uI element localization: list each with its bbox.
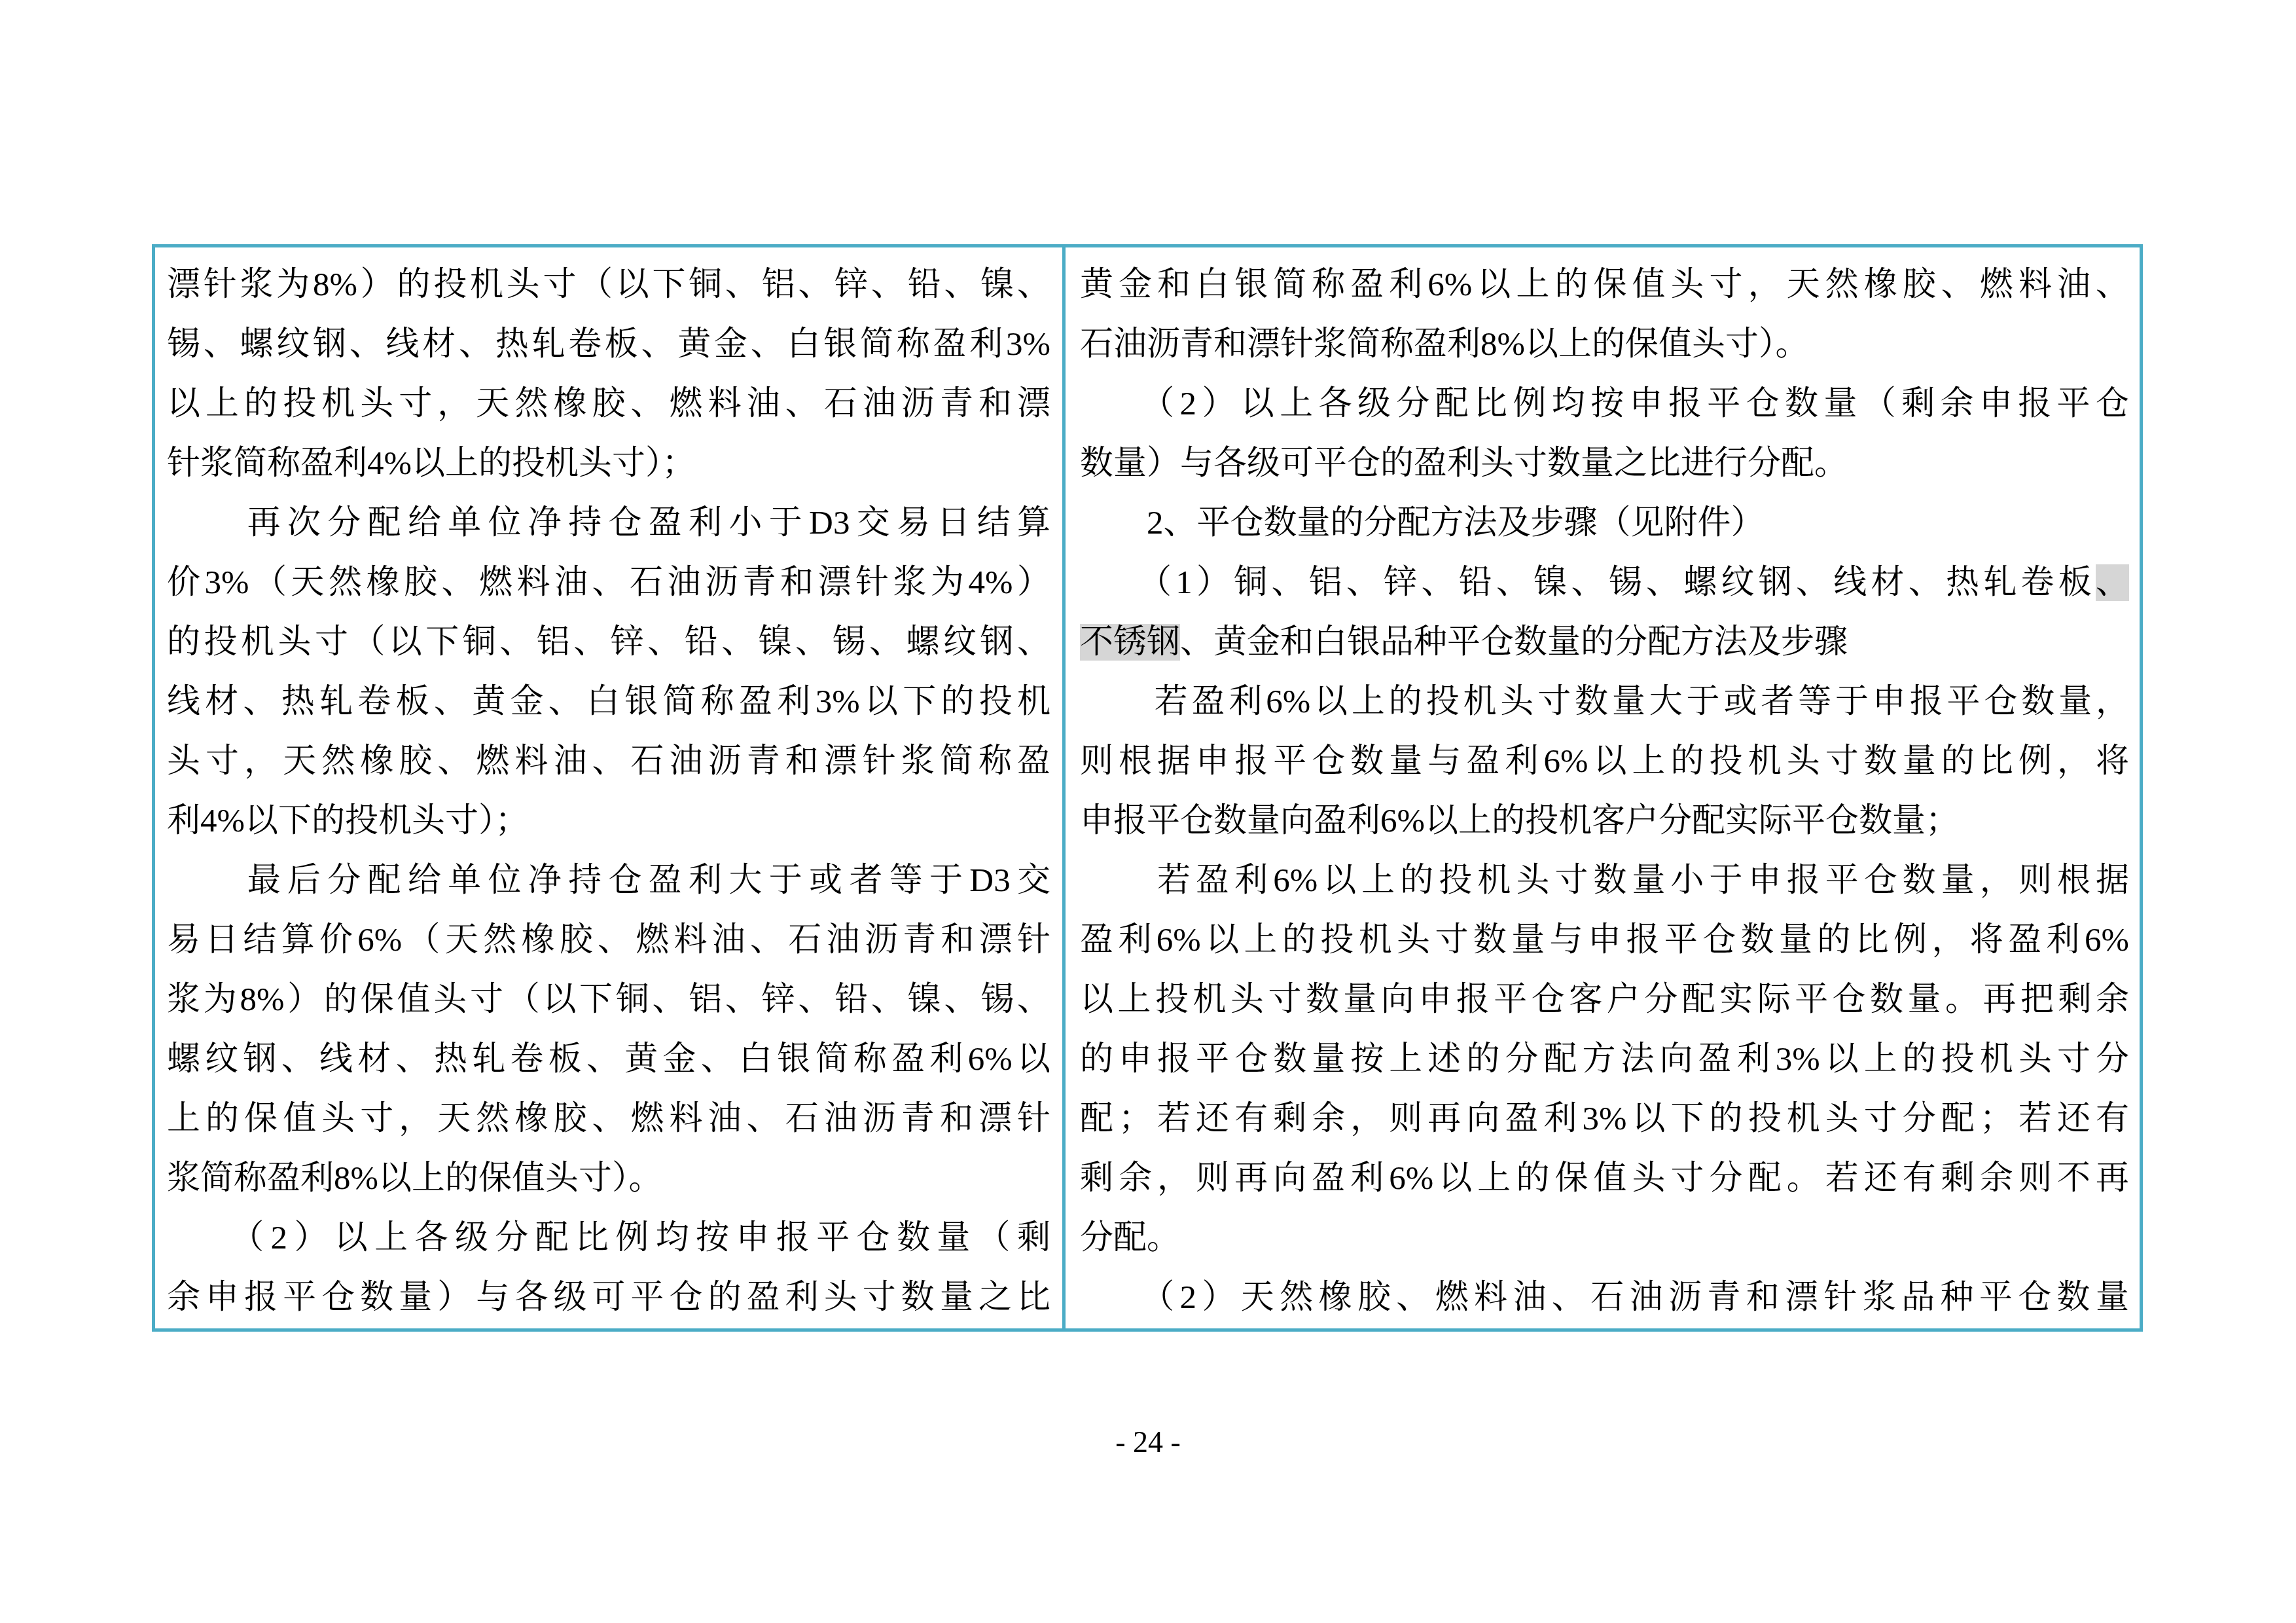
highlighted-text: 、	[2096, 564, 2129, 601]
text-line: 利4%以下的投机头寸）；	[167, 792, 1050, 851]
text-line: 配；若还有剩余，则再向盈利3%以下的投机头寸分配；若还有	[1080, 1089, 2129, 1149]
page-number: - 24 -	[0, 1425, 2296, 1459]
text-line: 价3%（天然橡胶、燃料油、石油沥青和漂针浆为4%）	[167, 553, 1050, 613]
text-line: 数量）与各级可平仓的盈利头寸数量之比进行分配。	[1080, 434, 2129, 494]
document-page: 漂针浆为8%）的投机头寸（以下铜、铝、锌、铅、镍、 锡、螺纹钢、线材、热轧卷板、…	[0, 0, 2296, 1623]
text-line: （2）以上各级分配比例均按申报平仓数量（剩余申报平仓	[1080, 374, 2129, 434]
text-line: 剩余，则再向盈利6%以上的保值头寸分配。若还有剩余则不再	[1080, 1149, 2129, 1209]
text-line: 不锈钢、黄金和白银品种平仓数量的分配方法及步骤	[1080, 613, 2129, 672]
text-line: 浆简称盈利8%以上的保值头寸）。	[167, 1149, 1050, 1209]
text-line: 申报平仓数量向盈利6%以上的投机客户分配实际平仓数量；	[1080, 792, 2129, 851]
text-line: 盈利6%以上的投机头寸数量与申报平仓数量的比例，将盈利6%	[1080, 911, 2129, 970]
text-line: 上的保值头寸，天然橡胶、燃料油、石油沥青和漂针	[167, 1089, 1050, 1149]
bordered-text-table: 漂针浆为8%）的投机头寸（以下铜、铝、锌、铅、镍、 锡、螺纹钢、线材、热轧卷板、…	[152, 244, 2143, 1332]
text-line: 2、平仓数量的分配方法及步骤（见附件）	[1080, 494, 2129, 553]
text-line: （1）铜、铝、锌、铅、镍、锡、螺纹钢、线材、热轧卷板、	[1080, 553, 2129, 613]
text-segment: 、黄金和白银品种平仓数量的分配方法及步骤	[1180, 624, 1848, 661]
text-line: （2）以上各级分配比例均按申报平仓数量（剩	[167, 1209, 1050, 1268]
text-line: 线材、热轧卷板、黄金、白银简称盈利3%以下的投机	[167, 672, 1050, 732]
text-line: 再次分配给单位净持仓盈利小于D3交易日结算	[167, 494, 1050, 553]
text-line: 的申报平仓数量按上述的分配方法向盈利3%以上的投机头寸分	[1080, 1030, 2129, 1089]
text-line: 黄金和白银简称盈利6%以上的保值头寸，天然橡胶、燃料油、	[1080, 255, 2129, 315]
text-line: 螺纹钢、线材、热轧卷板、黄金、白银简称盈利6%以	[167, 1030, 1050, 1089]
text-line: 浆为8%）的保值头寸（以下铜、铝、锌、铅、镍、锡、	[167, 970, 1050, 1030]
text-line: 易日结算价6%（天然橡胶、燃料油、石油沥青和漂针	[167, 911, 1050, 970]
text-line: 头寸，天然橡胶、燃料油、石油沥青和漂针浆简称盈	[167, 732, 1050, 792]
text-line: 以上投机头寸数量向申报平仓客户分配实际平仓数量。再把剩余	[1080, 970, 2129, 1030]
text-line: （2）天然橡胶、燃料油、石油沥青和漂针浆品种平仓数量	[1080, 1268, 2129, 1328]
text-line: 分配。	[1080, 1209, 2129, 1268]
right-column: 黄金和白银简称盈利6%以上的保值头寸，天然橡胶、燃料油、 石油沥青和漂针浆简称盈…	[1066, 247, 2140, 1328]
text-line: 石油沥青和漂针浆简称盈利8%以上的保值头寸）。	[1080, 315, 2129, 374]
text-line: 漂针浆为8%）的投机头寸（以下铜、铝、锌、铅、镍、	[167, 255, 1050, 315]
text-line: 余申报平仓数量）与各级可平仓的盈利头寸数量之比	[167, 1268, 1050, 1328]
highlighted-text: 不锈钢	[1080, 624, 1180, 661]
text-line: 则根据申报平仓数量与盈利6%以上的投机头寸数量的比例，将	[1080, 732, 2129, 792]
text-line: 锡、螺纹钢、线材、热轧卷板、黄金、白银简称盈利3%	[167, 315, 1050, 374]
text-line: 以上的投机头寸，天然橡胶、燃料油、石油沥青和漂	[167, 374, 1050, 434]
text-segment: （1）铜、铝、锌、铅、镍、锡、螺纹钢、线材、热轧卷板	[1080, 564, 2096, 601]
left-column: 漂针浆为8%）的投机头寸（以下铜、铝、锌、铅、镍、 锡、螺纹钢、线材、热轧卷板、…	[155, 247, 1066, 1328]
text-line: 最后分配给单位净持仓盈利大于或者等于D3交	[167, 851, 1050, 911]
text-line: 若盈利6%以上的投机头寸数量小于申报平仓数量，则根据	[1080, 851, 2129, 911]
text-line: 的投机头寸（以下铜、铝、锌、铅、镍、锡、螺纹钢、	[167, 613, 1050, 672]
text-line: 若盈利6%以上的投机头寸数量大于或者等于申报平仓数量，	[1080, 672, 2129, 732]
text-line: 针浆简称盈利4%以上的投机头寸）；	[167, 434, 1050, 494]
